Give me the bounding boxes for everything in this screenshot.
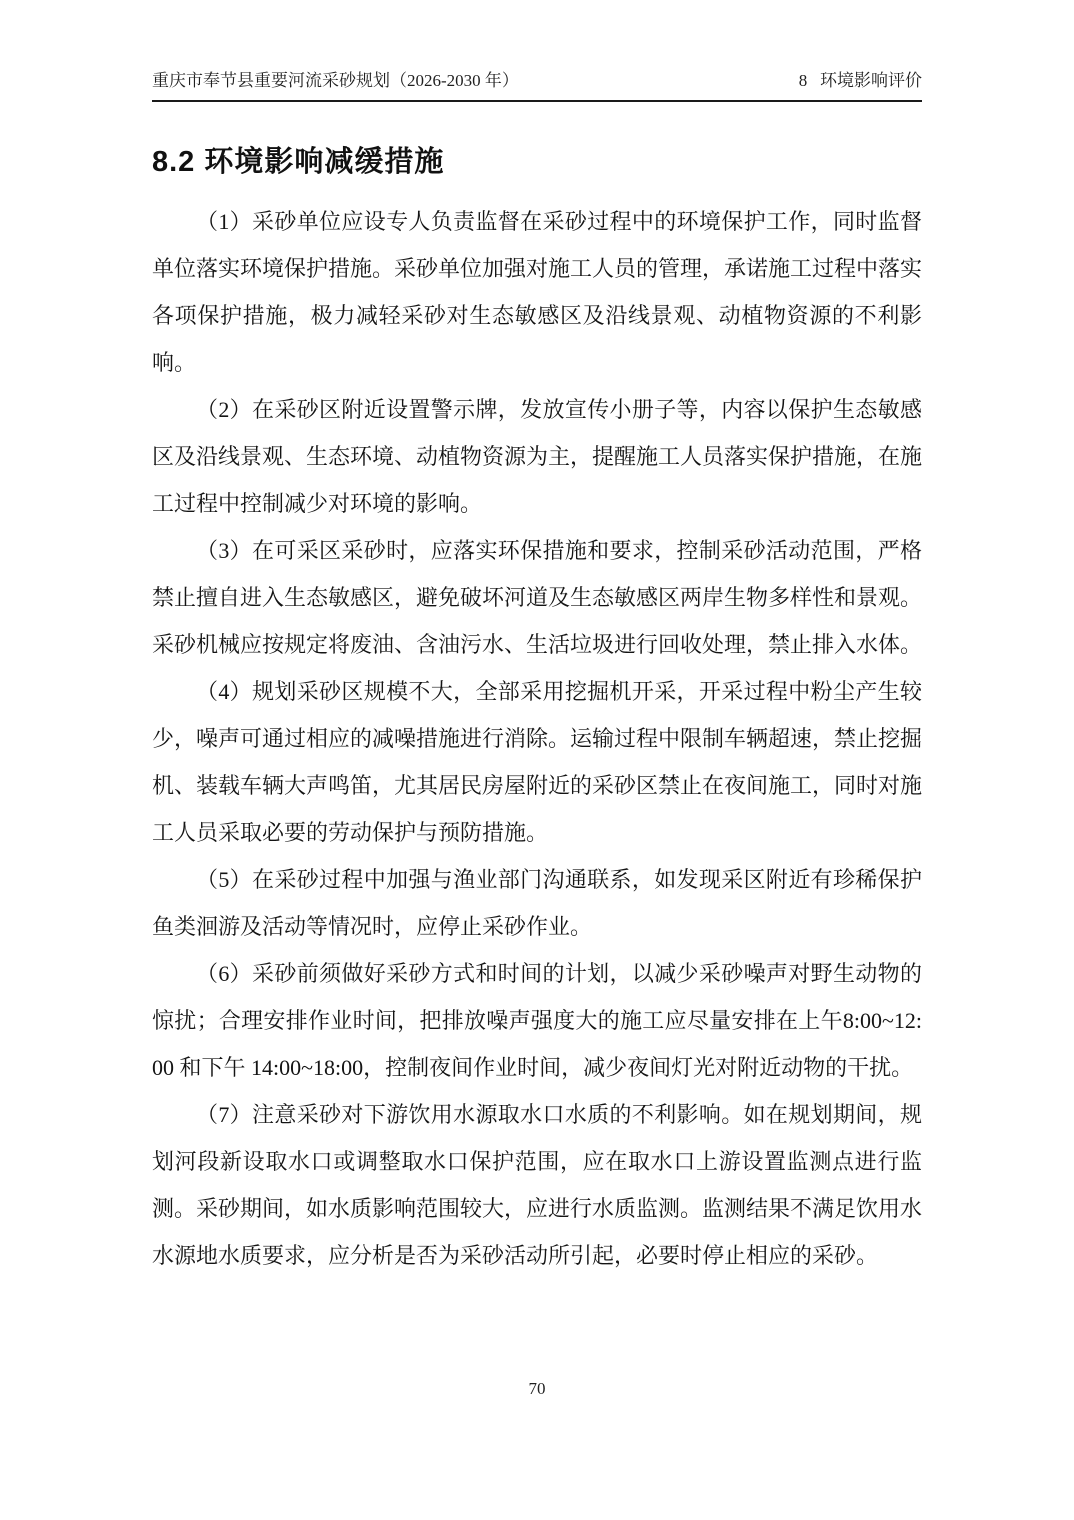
paragraph-measure-6: （6）采砂前须做好采砂方式和时间的计划，以减少采砂噪声对野生动物的惊扰；合理安排… bbox=[152, 950, 922, 1091]
document-body: （1）采砂单位应设专人负责监督在采砂过程中的环境保护工作，同时监督单位落实环境保… bbox=[152, 198, 922, 1279]
section-title: 8.2 环境影响减缓措施 bbox=[152, 143, 922, 181]
header-doc-title: 重庆市奉节县重要河流采砂规划（2026-2030 年） bbox=[152, 70, 519, 92]
document-page: 重庆市奉节县重要河流采砂规划（2026-2030 年） 8 环境影响评价 8.2… bbox=[0, 0, 1074, 1520]
paragraph-measure-2: （2）在采砂区附近设置警示牌，发放宣传小册子等，内容以保护生态敏感区及沿线景观、… bbox=[152, 386, 922, 527]
paragraph-measure-1: （1）采砂单位应设专人负责监督在采砂过程中的环境保护工作，同时监督单位落实环境保… bbox=[152, 198, 922, 386]
paragraph-measure-3: （3）在可采区采砂时，应落实环保措施和要求，控制采砂活动范围，严格禁止擅自进入生… bbox=[152, 527, 922, 668]
paragraph-measure-4: （4）规划采砂区规模不大，全部采用挖掘机开采，开采过程中粉尘产生较少，噪声可通过… bbox=[152, 668, 922, 856]
page-header: 重庆市奉节县重要河流采砂规划（2026-2030 年） 8 环境影响评价 bbox=[152, 70, 922, 102]
header-chapter-title: 8 环境影响评价 bbox=[799, 70, 922, 92]
page-number: 70 bbox=[529, 1379, 546, 1398]
paragraph-measure-7: （7）注意采砂对下游饮用水源取水口水质的不利影响。如在规划期间，规划河段新设取水… bbox=[152, 1091, 922, 1279]
paragraph-measure-5: （5）在采砂过程中加强与渔业部门沟通联系，如发现采区附近有珍稀保护鱼类洄游及活动… bbox=[152, 856, 922, 950]
page-footer: 70 bbox=[0, 1378, 1074, 1400]
